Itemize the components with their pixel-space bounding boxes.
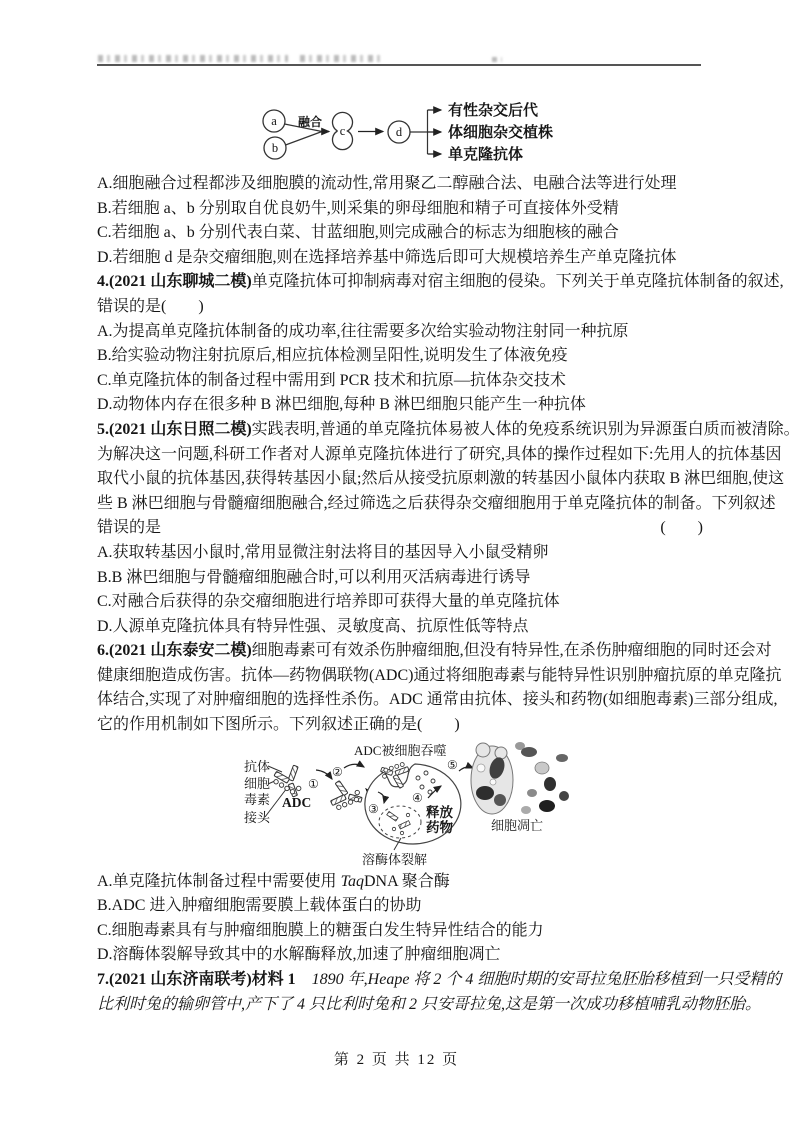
q3-option-c: C.若细胞 a、b 分别代表白菜、甘蓝细胞,则完成融合的标志为细胞核的融合 <box>97 221 703 246</box>
lysosome-label: 溶酶体裂解 <box>362 852 427 867</box>
q6-option-a-text: DNA 聚合酶 <box>364 873 450 890</box>
step5-arrow <box>459 767 473 771</box>
page-footer: 第 2 页 共 12 页 <box>0 1048 793 1069</box>
q3-figure: a b 融合 c d 有性杂交后代 体细胞杂交植株 单克隆抗体 <box>97 86 703 172</box>
q5-option-d: D.人源单克隆抗体具有特异性强、灵敏度高、抗原性低等特点 <box>97 615 703 640</box>
antibody-label: 抗体 <box>244 759 270 774</box>
converge-line <box>286 132 323 146</box>
q7-stem-line-1: 7.(2021 山东济南联考)材料 1 1890 年,Heape 将 2 个 4… <box>97 968 703 993</box>
q6-option-c: C.细胞毒素具有与肿瘤细胞膜上的糖蛋白发生特异性结合的能力 <box>97 919 703 944</box>
apoptosis-label: 细胞凋亡 <box>491 818 543 833</box>
header-faint-text <box>98 55 288 62</box>
drug-dot <box>424 771 428 775</box>
q6-option-a-italic: Taq <box>341 873 364 890</box>
q4-option-b: B.给实验动物注射抗原后,相应抗体检测呈阳性,说明发生了体液免疫 <box>97 344 703 369</box>
header-faint-text <box>492 57 502 62</box>
q5-number-source: 5.(2021 山东日照二模) <box>97 421 252 438</box>
step3-label: ③ <box>368 802 379 816</box>
header-divider <box>97 64 701 66</box>
q6-stem-line-1: 6.(2021 山东泰安二模)细胞毒素可有效杀伤肿瘤细胞,但没有特异性,在杀伤肿… <box>97 639 703 664</box>
cell-b-label: b <box>272 141 278 155</box>
step4-label: ④ <box>412 791 423 805</box>
q5-stem-line-4: 些 B 淋巴细胞与骨髓瘤细胞融合,经过筛选之后获得杂交瘤细胞用于单克隆抗体的制备… <box>97 492 703 517</box>
drug-dot <box>428 790 432 794</box>
cell-a-label: a <box>271 114 277 128</box>
adc-label: ADC <box>282 795 311 810</box>
engulf-label: ADC被细胞吞噬 <box>354 743 446 758</box>
q7-number-source: 7.(2021 山东济南联考)材料 1 <box>97 971 296 988</box>
toxin-label-2: 毒素 <box>244 792 270 807</box>
toxin-label-1: 细胞 <box>244 776 270 791</box>
page-number: 第 2 页 共 12 页 <box>334 1052 459 1068</box>
release-label-2: 药物 <box>426 819 453 835</box>
apoptotic-cell <box>471 742 569 814</box>
fused-cell-label: c <box>340 124 346 138</box>
adc-molecule-bound <box>329 779 365 814</box>
q7-material-text: 1890 年,Heape 将 2 个 4 细胞时期的安哥拉兔胚胎移植到一只受精的 <box>296 971 782 988</box>
q5-stem-text: 实践表明,普通的单克隆抗体易被人体的免疫系统识别为异源蛋白质而被清除。 <box>252 421 793 438</box>
drug-dot <box>416 776 420 780</box>
q6-stem-text: 细胞毒素可有效杀伤肿瘤细胞,但没有特异性,在杀伤肿瘤细胞的同时还会对 <box>252 642 772 659</box>
output-label: 有性杂交后代 <box>448 101 539 119</box>
q5-answer-bracket: ( ) <box>660 516 703 541</box>
cell-d-label: d <box>396 125 403 139</box>
q5-option-b: B.B 淋巴细胞与骨髓瘤细胞融合时,可以利用灭活病毒进行诱导 <box>97 566 703 591</box>
release-label-1: 释放 <box>426 804 453 820</box>
q6-option-b: B.ADC 进入肿瘤细胞需要膜上载体蛋白的协助 <box>97 894 703 919</box>
q6-stem-line-4: 它的作用机制如下图所示。下列叙述正确的是( ) <box>97 713 703 738</box>
output-label: 体细胞杂交植株 <box>448 123 553 141</box>
q6-number-source: 6.(2021 山东泰安二模) <box>97 642 252 659</box>
step2-arrow <box>344 764 364 768</box>
q5-stem-line-5: 错误的是( ) <box>97 516 703 541</box>
drug-dot <box>431 779 435 783</box>
adc-mechanism-diagram: 抗体 细胞 毒素 ADC 接头 ① ② <box>232 738 602 870</box>
header-faint-text <box>300 55 380 62</box>
drug-dot <box>392 827 395 830</box>
output-label: 单克隆抗体 <box>448 145 523 163</box>
q5-stem-line-2: 为解决这一问题,科研工作者对人源单克隆抗体进行了研究,具体的操作过程如下:先用人… <box>97 443 703 468</box>
q4-stem-line-1: 4.(2021 山东聊城二模)单克隆抗体可抑制病毒对宿主细胞的侵染。下列关于单克… <box>97 270 703 295</box>
q6-stem-line-2: 健康细胞造成伤害。抗体—药物偶联物(ADC)通过将细胞毒素与能特异性识别肿瘤抗原… <box>97 664 703 689</box>
page-content: a b 融合 c d 有性杂交后代 体细胞杂交植株 单克隆抗体 <box>97 86 703 1017</box>
q5-option-c: C.对融合后获得的杂交瘤细胞进行培养即可获得大量的单克隆抗体 <box>97 590 703 615</box>
q4-stem-line-2: 错误的是( ) <box>97 295 703 320</box>
q6-figure: 抗体 细胞 毒素 ADC 接头 ① ② <box>97 738 703 870</box>
q3-option-b: B.若细胞 a、b 分别取自优良奶牛,则采集的卵母细胞和精子可直接体外受精 <box>97 197 703 222</box>
q5-stem-line-3: 取代小鼠的抗体基因,获得转基因小鼠;然后从接受抗原刺激的转基因小鼠体内获取 B … <box>97 467 703 492</box>
step1-label: ① <box>308 777 319 791</box>
linker-label: 接头 <box>244 810 271 825</box>
step5-label: ⑤ <box>447 758 458 772</box>
q6-option-d: D.溶酶体裂解导致其中的水解酶释放,加速了肿瘤细胞凋亡 <box>97 943 703 968</box>
q5-stem-text: 错误的是 <box>97 516 161 541</box>
drug-dot <box>400 831 403 834</box>
q5-option-a: A.获取转基因小鼠时,常用显微注射法将目的基因导入小鼠受精卵 <box>97 541 703 566</box>
leader-line <box>268 766 282 772</box>
q7-stem-line-2: 比利时兔的输卵管中,产下了 4 只比利时兔和 2 只安哥拉兔,这是第一次成功移植… <box>97 993 703 1018</box>
q6-option-a-text: A.单克隆抗体制备过程中需要使用 <box>97 873 341 890</box>
cell-fusion-diagram: a b 融合 c d 有性杂交后代 体细胞杂交植株 单克隆抗体 <box>258 86 558 172</box>
drug-dot <box>406 813 409 816</box>
q4-number-source: 4.(2021 山东聊城二模) <box>97 273 252 290</box>
q6-stem-line-3: 体结合,实现了对肿瘤细胞的选择性杀伤。ADC 通常由抗体、接头和药物(如细胞毒素… <box>97 688 703 713</box>
q5-stem-line-1: 5.(2021 山东日照二模)实践表明,普通的单克隆抗体易被人体的免疫系统识别为… <box>97 418 703 443</box>
q4-stem-text: 单克隆抗体可抑制病毒对宿主细胞的侵染。下列关于单克隆抗体制备的叙述, <box>252 273 784 290</box>
drug-dot <box>420 785 424 789</box>
fusion-label: 融合 <box>298 114 322 129</box>
step2-label: ② <box>332 765 343 779</box>
exam-page: a b 融合 c d 有性杂交后代 体细胞杂交植株 单克隆抗体 <box>0 0 793 1122</box>
q3-option-d: D.若细胞 d 是杂交瘤细胞,则在选择培养基中筛选后即可大规模培养生产单克隆抗体 <box>97 246 703 271</box>
q4-option-d: D.动物体内存在很多种 B 淋巴细胞,每种 B 淋巴细胞只能产生一种抗体 <box>97 393 703 418</box>
q6-option-a: A.单克隆抗体制备过程中需要使用 TaqDNA 聚合酶 <box>97 870 703 895</box>
q3-option-a: A.细胞融合过程都涉及细胞膜的流动性,常用聚乙二醇融合法、电融合法等进行处理 <box>97 172 703 197</box>
q4-option-a: A.为提高单克隆抗体制备的成功率,往往需要多次给实验动物注射同一种抗原 <box>97 320 703 345</box>
q4-option-c: C.单克隆抗体的制备过程中需用到 PCR 技术和抗原—抗体杂交技术 <box>97 369 703 394</box>
